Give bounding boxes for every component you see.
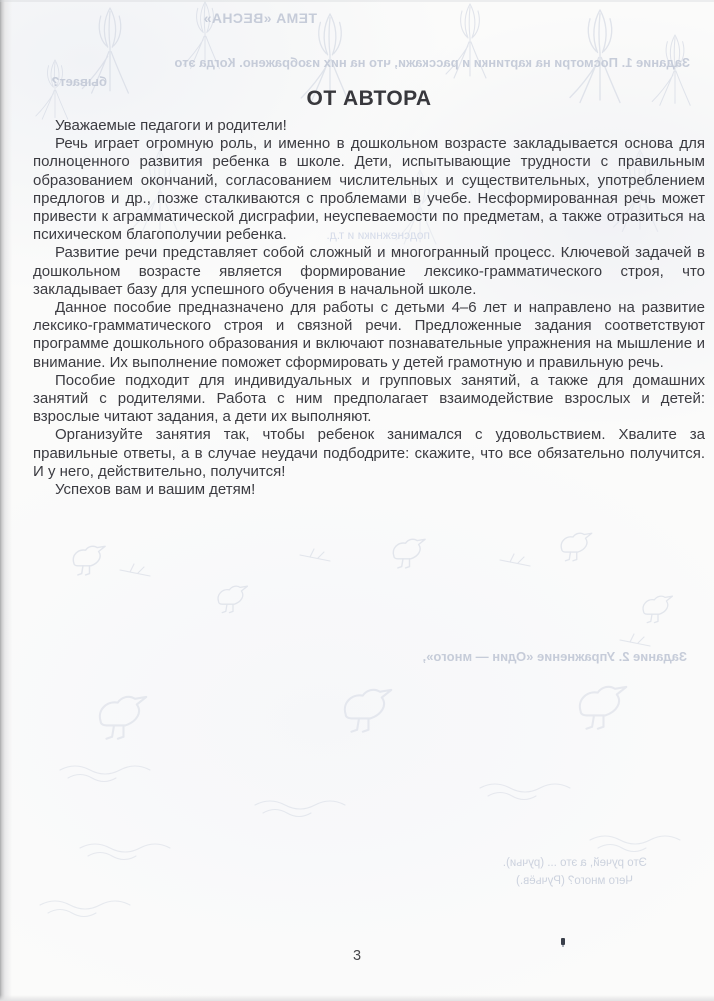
bleed-text-task1-line1: Задание 1. Посмотри на картинки и расска… [45,55,690,70]
bleed-text-answer-line2: Чего много? (Ручьёв.) [513,875,633,887]
page-body: ОТ АВТОРА Уважаемые педагоги и родители!… [33,87,705,499]
scan-edge-left [0,0,12,1001]
page-title: ОТ АВТОРА [33,87,705,110]
paragraph: Данное пособие предназначено для работы … [33,299,705,372]
page-number: 3 [0,948,714,964]
scan-edge-top [0,0,714,2]
bleed-text-theme-title: ТЕМА «ВЕСНА» [217,10,317,26]
scan-speck [561,938,565,945]
scan-edge-bottom [0,995,714,1001]
paragraph-closing: Успехов вам и вашим детям! [33,481,705,499]
bird-sketch [73,533,672,646]
bleed-text-answer-line1: Это ручей, а это ... (ручьи). [498,857,647,869]
paragraph: Развитие речи представляет собой сложный… [33,244,705,299]
bleed-text-task2: Задание 2. Упражнение «Один — много», [340,649,687,664]
paragraph: Пособие подходит для индивидуальных и гр… [33,372,705,427]
scanned-page: ТЕМА «ВЕСНА» Задание 1. Посмотри на карт… [0,0,714,1001]
paragraph-greeting: Уважаемые педагоги и родители! [33,117,705,135]
paragraph: Речь играет огромную роль, и именно в до… [33,135,705,244]
stream-bird-sketch [40,687,680,917]
paragraph: Организуйте занятия так, чтобы ребенок з… [33,426,705,481]
